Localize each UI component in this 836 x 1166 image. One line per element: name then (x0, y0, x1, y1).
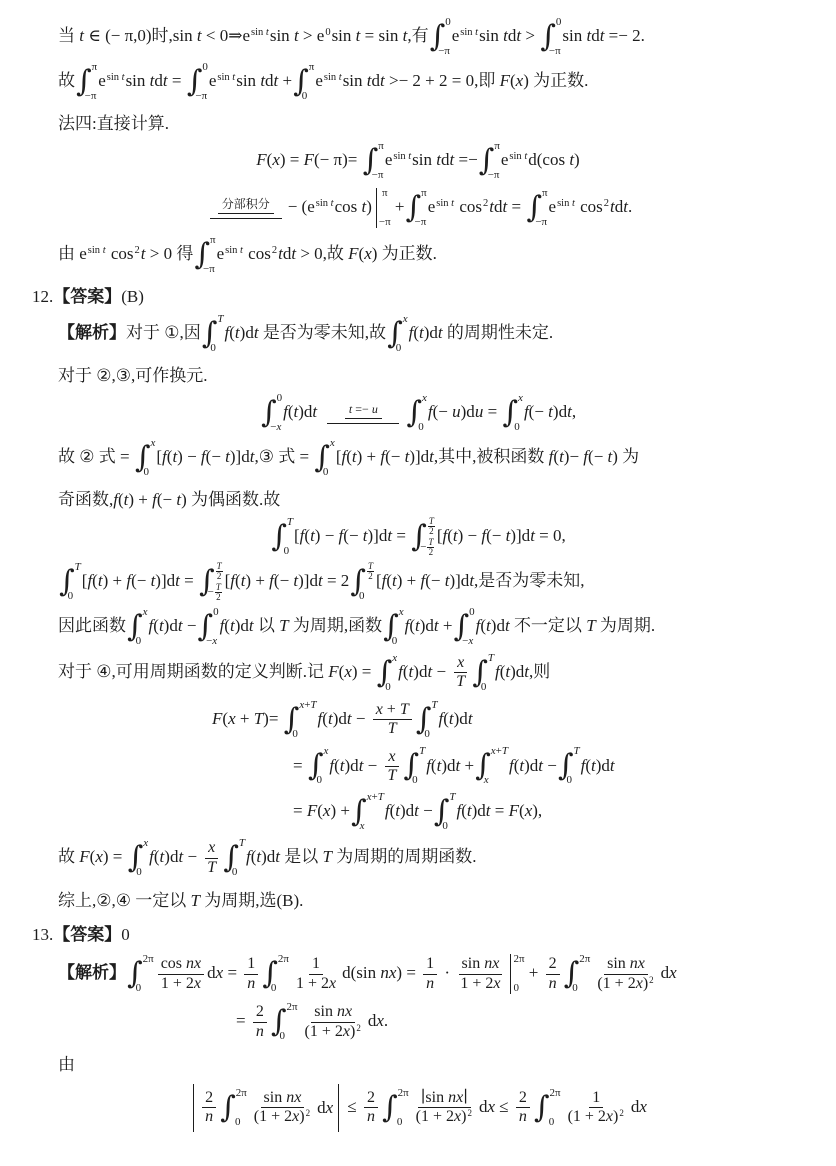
integral-upper-limit: 2π (286, 1002, 297, 1013)
text-line-you: 由 (58, 1050, 826, 1075)
integral: ∫0−x (454, 609, 475, 645)
math-variable: x (326, 1098, 334, 1118)
math-variable: n (247, 975, 255, 992)
math-variable: t (567, 402, 572, 421)
math-variable: f (162, 447, 167, 466)
superscript: sin t (436, 199, 454, 210)
math-solutions-document: 当 t ∈ (− π,0)时,sin t < 0⇒esin tsin t > e… (0, 19, 836, 1132)
integral-limits: 2π0 (143, 956, 154, 992)
math-variable: T (502, 745, 508, 757)
integral: ∫T2−T2 (411, 519, 436, 555)
math-variable: t (414, 801, 419, 820)
math-variable: t (339, 72, 342, 83)
math-variable: t (427, 662, 432, 681)
integral-lower-limit: 0 (481, 682, 494, 693)
fraction-denominator: n (364, 1108, 378, 1126)
math-variable: f (439, 709, 444, 728)
integral-upper-limit: x (143, 838, 148, 849)
math-variable: T (207, 859, 216, 876)
math-variable: f (509, 755, 514, 774)
integral-lower-limit: 0 (279, 1031, 297, 1042)
superscript: sin t (217, 73, 235, 84)
fraction-denominator: 2 (367, 572, 374, 581)
math-variable: x (330, 437, 335, 449)
math-variable: x (208, 839, 215, 856)
math-variable: x (492, 955, 499, 972)
integral-upper-limit: x (399, 607, 404, 618)
math-variable: F (304, 150, 314, 169)
superscript: 2 (306, 1109, 311, 1118)
math-variable: t (160, 847, 165, 866)
math-variable: t (569, 150, 574, 169)
math-variable: T (573, 745, 579, 757)
integral-upper-limit: 0 (556, 17, 562, 28)
fraction-numerator: 2 (364, 1089, 378, 1108)
math-variable: t (403, 26, 408, 45)
math-variable: t (103, 245, 106, 256)
integral-limits: π−π (92, 64, 98, 100)
integral: ∫π−π (363, 143, 384, 179)
integral-upper-limit: x+T (299, 700, 316, 711)
math-variable: t (502, 197, 507, 216)
math-variable: x (456, 1089, 463, 1106)
math-variable: t (291, 244, 296, 263)
fraction: ∣sin nx∣(1 + 2x)2 (413, 1089, 476, 1127)
math-variable: f (380, 447, 385, 466)
answer-heading-12: 12.【答案】(B) (32, 282, 836, 307)
fraction-denominator: 1 + 2x (293, 975, 339, 993)
integral-limits: 2π0 (398, 1090, 409, 1126)
math-variable: T (431, 699, 437, 711)
math-variable: n (549, 975, 557, 992)
math-variable: t (548, 402, 553, 421)
math-variable: f (581, 755, 586, 774)
math-variable: x (272, 150, 280, 169)
integral-upper-limit: T (573, 746, 579, 757)
integral-limits: x+Tx (367, 794, 384, 830)
integral-upper-limit: x (150, 438, 155, 449)
answer-heading-13: 13.【答案】0 (32, 920, 836, 945)
math-variable: x (422, 392, 427, 404)
integral-limits: 0−π (556, 19, 562, 55)
math-variable: T (378, 791, 384, 803)
integral: ∫x0 (127, 609, 148, 645)
integral-lower-limit: −π (438, 46, 451, 57)
integral: ∫x+Tx (475, 748, 508, 784)
integral-limits: x0 (518, 395, 523, 431)
integral-limits: π−π (210, 237, 216, 273)
math-variable: T (323, 847, 332, 866)
math-variable: x (143, 606, 148, 618)
math-variable: t (524, 662, 529, 681)
fraction: 2n (202, 1089, 216, 1127)
math-variable: T (388, 767, 397, 784)
integral-limits: T0 (419, 748, 425, 784)
math-variable: t (349, 402, 352, 416)
fraction: 2n (364, 1089, 378, 1127)
integral-limits: 0−x (213, 609, 219, 645)
integral-upper-limit: π (542, 188, 548, 199)
math-variable: t (559, 447, 564, 466)
integral-limits: x0 (422, 395, 427, 431)
integral-upper-limit: 0 (469, 607, 475, 618)
math-variable: t (266, 27, 269, 38)
math-variable: f (426, 755, 431, 774)
integral-limits: x+Tx (491, 748, 508, 784)
fraction: 1n (423, 955, 437, 993)
integral: ∫T0 (416, 702, 438, 738)
math-variable: x (518, 392, 523, 404)
integral: ∫T0 (59, 564, 81, 600)
integral-limits: 2π0 (278, 956, 289, 992)
math-variable: f (583, 447, 588, 466)
math-variable: t (141, 244, 146, 263)
integral-lower-limit: −π (487, 170, 500, 181)
math-variable: t (449, 709, 454, 728)
math-variable: u (372, 402, 378, 416)
math-variable: t (610, 197, 615, 216)
text-line-case-t-negative: 当 t ∈ (− π,0)时,sin t < 0⇒esin tsin t > e… (58, 19, 826, 55)
superscript: sin t (88, 246, 106, 257)
math-variable: T (217, 561, 222, 571)
math-variable: x (468, 635, 473, 647)
integral-lower-limit: 0 (412, 775, 425, 786)
fraction: 1(1 + 2x)2 (565, 1089, 628, 1127)
integral: ∫T0 (472, 655, 494, 691)
integral-upper-limit: π (210, 235, 216, 246)
fraction-denominator: n (253, 1023, 267, 1041)
integral-lower-limit: −π (195, 91, 208, 102)
math-variable: t (240, 245, 243, 256)
fraction: 11 + 2x (293, 955, 339, 993)
math-variable: f (230, 571, 235, 590)
integral-upper-limit: x (392, 653, 397, 664)
integral-limits: 2π0 (236, 1090, 247, 1126)
integral: ∫2π0 (534, 1090, 561, 1126)
labeled-equals: 分部积分 (210, 197, 282, 219)
integral-upper-limit: 2π (550, 1088, 561, 1099)
math-variable: f (443, 526, 448, 545)
equals-label: 分部积分 (218, 197, 274, 214)
math-variable: f (246, 847, 251, 866)
text-line-case-2-3: 对于 ②,③,可作换元. (58, 361, 826, 386)
fraction-numerator: 2 (516, 1089, 530, 1108)
integral-upper-limit: x+T (367, 792, 384, 803)
integral: ∫x+T0 (284, 702, 317, 738)
math-variable: x (454, 1108, 461, 1125)
math-variable: n (286, 1089, 294, 1106)
math-variable: f (409, 323, 414, 342)
math-variable: t (451, 198, 454, 209)
evaluation-upper-limit: π (379, 188, 391, 199)
integral: ∫T0 (202, 316, 224, 352)
integral-lower-limit: 0 (442, 821, 455, 832)
math-variable: x (525, 801, 533, 820)
integral: ∫T0 (403, 748, 425, 784)
text-line-method-four: 法四:直接计算. (58, 109, 826, 134)
superscript: sin t (460, 28, 478, 39)
math-variable: t (98, 571, 103, 590)
evaluation-upper-limit: 2π (513, 954, 524, 965)
math-variable: t (328, 709, 333, 728)
math-variable: x (194, 975, 201, 992)
math-variable: t (176, 490, 181, 509)
display-equation-fxt-line2: = ∫x0f(t)dt − xT∫T0f(t)dt +∫x+Txf(t)dt −… (293, 748, 836, 786)
math-variable: t (438, 323, 443, 342)
fraction-numerator: x (454, 654, 467, 673)
math-variable: T (287, 516, 293, 528)
integral-lower-limit: 0 (392, 636, 404, 647)
fraction: x + TT (373, 701, 412, 739)
superscript: 2 (467, 1109, 472, 1118)
math-variable: t (232, 72, 235, 83)
integral-lower-limit: 0 (396, 343, 408, 354)
integral-lower-limit: 0 (232, 867, 245, 878)
math-variable: t (172, 447, 177, 466)
math-variable: x (457, 654, 464, 671)
integral-limits: x0 (323, 748, 328, 784)
integral-limits: T2−T2 (427, 519, 436, 555)
integral-limits: 0−x (277, 395, 283, 431)
text-line-final-choice: 综上,②,④ 一定以 T 为周期,选(B). (58, 886, 826, 911)
math-variable: x (143, 837, 148, 849)
math-variable: f (152, 490, 157, 509)
integral-upper-limit: x (143, 607, 148, 618)
evaluation-lower-limit: 0 (513, 983, 524, 994)
integral-limits: π−π (421, 190, 427, 226)
math-variable: x (389, 963, 397, 982)
math-variable: t (453, 526, 458, 545)
integral-lower-limit: 0 (229, 1117, 247, 1128)
fraction-numerator: 2 (202, 1089, 216, 1108)
math-variable: t (610, 755, 615, 774)
evaluation-bar: π−π (372, 188, 391, 228)
superscript: 0 (325, 28, 330, 39)
math-variable: f (398, 662, 403, 681)
integral-upper-limit: x (403, 314, 408, 325)
integral-upper-limit: 0 (202, 62, 208, 73)
fraction-denominator: 2 (428, 548, 435, 557)
fraction: sin nx(1 + 2x)2 (302, 1003, 365, 1041)
integral: ∫x0 (128, 840, 149, 876)
math-variable: t (419, 323, 424, 342)
math-variable: t (79, 26, 84, 45)
fraction-numerator: 1 (589, 1089, 603, 1108)
integral-limits: x0 (399, 609, 404, 645)
integral-upper-limit: T (239, 838, 245, 849)
integral-limits: T2−T2 (215, 564, 224, 600)
integral-lower-limit: 0 (302, 91, 315, 102)
math-variable: x (516, 71, 524, 90)
math-variable: f (405, 616, 410, 635)
document-page: 当 t ∈ (− π,0)时,sin t < 0⇒esin tsin t > e… (0, 0, 836, 1166)
integral-lower-limit: 0 (136, 983, 154, 994)
integral-limits: 2π0 (286, 1004, 297, 1040)
integral: ∫0−π (187, 64, 208, 100)
math-variable: f (283, 402, 288, 421)
math-variable: F (328, 662, 338, 681)
fraction-numerator: x (205, 839, 218, 858)
integral-upper-limit: 2π (143, 954, 154, 965)
superscript: 2 (483, 199, 488, 210)
math-variable: n (380, 963, 389, 982)
math-variable: T (279, 616, 288, 635)
math-variable: T (310, 699, 316, 711)
math-variable: x (276, 421, 281, 433)
integral-lower-limit: x (484, 775, 508, 786)
math-variable: f (201, 447, 206, 466)
integral-upper-limit: 0 (213, 607, 219, 618)
superscript: 2 (649, 976, 654, 985)
math-variable: T (456, 673, 465, 690)
math-variable: F (212, 709, 222, 728)
integral-lower-limit: x (360, 821, 384, 832)
superscript: sin t (225, 246, 243, 257)
fraction-numerator: x + T (373, 701, 412, 720)
integral-lower-limit: −x (270, 422, 283, 433)
integral: ∫2π0 (564, 956, 591, 992)
math-variable: t (293, 402, 298, 421)
math-variable: F (256, 150, 266, 169)
integral: ∫T20 (350, 564, 375, 600)
math-variable: t (538, 755, 543, 774)
integral-limits: 0−x (469, 609, 475, 645)
integral-lower-limit: 0 (316, 775, 328, 786)
math-variable: x (484, 774, 489, 786)
fraction: T2 (427, 538, 434, 557)
integral-upper-limit: π (378, 141, 384, 152)
integral-upper-limit: T2 (366, 562, 375, 581)
math-variable: f (382, 571, 387, 590)
math-variable: T (75, 561, 81, 573)
math-variable: f (339, 526, 344, 545)
math-variable: t (250, 447, 255, 466)
math-variable: f (300, 526, 305, 545)
integral-lower-limit: 0 (385, 682, 397, 693)
fraction-denominator: n (423, 975, 437, 993)
math-variable: t (178, 847, 183, 866)
integral-lower-limit: 0 (136, 867, 148, 878)
integral-lower-limit: 0 (143, 467, 155, 478)
math-variable: f (428, 402, 433, 421)
math-variable: t (274, 71, 279, 90)
integral-upper-limit: π (92, 62, 98, 73)
math-variable: x (95, 847, 103, 866)
fraction-denominator: 1 + 2x (158, 975, 204, 993)
math-variable: f (220, 616, 225, 635)
fraction-denominator: 2 (216, 572, 223, 581)
math-variable: t (356, 26, 361, 45)
display-equation-integration-by-parts: 分部积分− (esin tcos t)π−π +∫π−πesin t cos2t… (0, 188, 836, 228)
integral: ∫π−π (526, 190, 547, 226)
integral-limits: T0 (75, 564, 81, 600)
fraction-numerator: cos nx (158, 955, 204, 974)
integral-lower-limit: −x (462, 636, 475, 647)
integral-limits: T0 (449, 794, 455, 830)
math-variable: t (367, 71, 372, 90)
math-variable: x (487, 1097, 495, 1116)
math-variable: t (278, 244, 283, 263)
math-variable: t (254, 323, 259, 342)
superscript: sin t (251, 28, 269, 39)
math-variable: t (572, 198, 575, 209)
integral-upper-limit: x (422, 393, 427, 404)
superscript: 2 (604, 199, 609, 210)
integral: ∫0−x (197, 609, 218, 645)
math-variable: t (230, 616, 235, 635)
superscript: 2 (135, 246, 140, 257)
math-variable: f (269, 571, 274, 590)
integral: ∫T0 (223, 840, 245, 876)
math-variable: t (235, 323, 240, 342)
fraction-denominator: (1 + 2x)2 (594, 975, 657, 993)
integral-lower-limit: 0 (359, 591, 375, 602)
math-variable: t (395, 801, 400, 820)
math-variable: f (421, 571, 426, 590)
math-variable: u (475, 402, 484, 421)
fraction: T2 (428, 517, 435, 536)
integral-limits: π0 (309, 64, 315, 100)
integral-limits: 2π0 (550, 1090, 561, 1126)
integral-upper-limit: 2π (579, 954, 590, 965)
integral-limits: x0 (330, 440, 335, 476)
integral-lower-limit: 0 (511, 422, 523, 433)
math-variable: T (190, 891, 199, 910)
integral: ∫x+Tx (351, 794, 384, 830)
fraction-numerator: 2 (546, 955, 560, 974)
text-line-odd-even: 奇函数,f(t) + f(− t) 为偶函数.故 (58, 485, 826, 510)
fraction: sin nx(1 + 2x)2 (251, 1089, 314, 1127)
display-equation-fx-definition: F(x) = F(− π)= ∫π−πesin tsin tdt =−∫π−πe… (0, 143, 836, 179)
math-variable: x (493, 975, 500, 992)
fraction: 2n (516, 1089, 530, 1127)
integral-upper-limit: π (494, 141, 500, 152)
integral-limits: 0−π (445, 19, 451, 55)
integral: ∫x0 (383, 609, 404, 645)
math-variable: x (294, 1089, 301, 1106)
math-variable: t (159, 616, 164, 635)
math-variable: x (399, 606, 404, 618)
integral-limits: π−π (494, 143, 500, 179)
fraction-numerator: 1 (309, 955, 323, 974)
integral-upper-limit: T (419, 746, 425, 757)
integral: ∫x0 (387, 316, 408, 352)
math-variable: x (491, 745, 496, 757)
math-variable: x (360, 820, 365, 832)
math-variable: t (608, 447, 613, 466)
math-variable: x (345, 1003, 352, 1020)
math-variable: t (445, 571, 450, 590)
math-variable: f (329, 755, 334, 774)
evaluation-bar-limits: π−π (379, 188, 391, 228)
math-variable: x (364, 244, 372, 263)
integral: ∫π−π (479, 143, 500, 179)
integral-upper-limit: x (330, 438, 335, 449)
integral: ∫π−π (194, 237, 215, 273)
math-variable: T (216, 582, 221, 592)
fraction-numerator: 1 (244, 955, 258, 974)
evaluation-bar: 2π0 (506, 954, 524, 994)
math-variable: f (476, 616, 481, 635)
fraction-numerator: sin nx (459, 955, 503, 974)
math-variable: t (241, 571, 246, 590)
math-variable: x (392, 652, 397, 664)
integral-upper-limit: 2π (236, 1088, 247, 1099)
integral-lower-limit: 0 (292, 729, 316, 740)
integral-upper-limit: x (323, 746, 328, 757)
integral-lower-limit: 0 (323, 467, 335, 478)
integral: ∫2π0 (271, 1004, 298, 1040)
